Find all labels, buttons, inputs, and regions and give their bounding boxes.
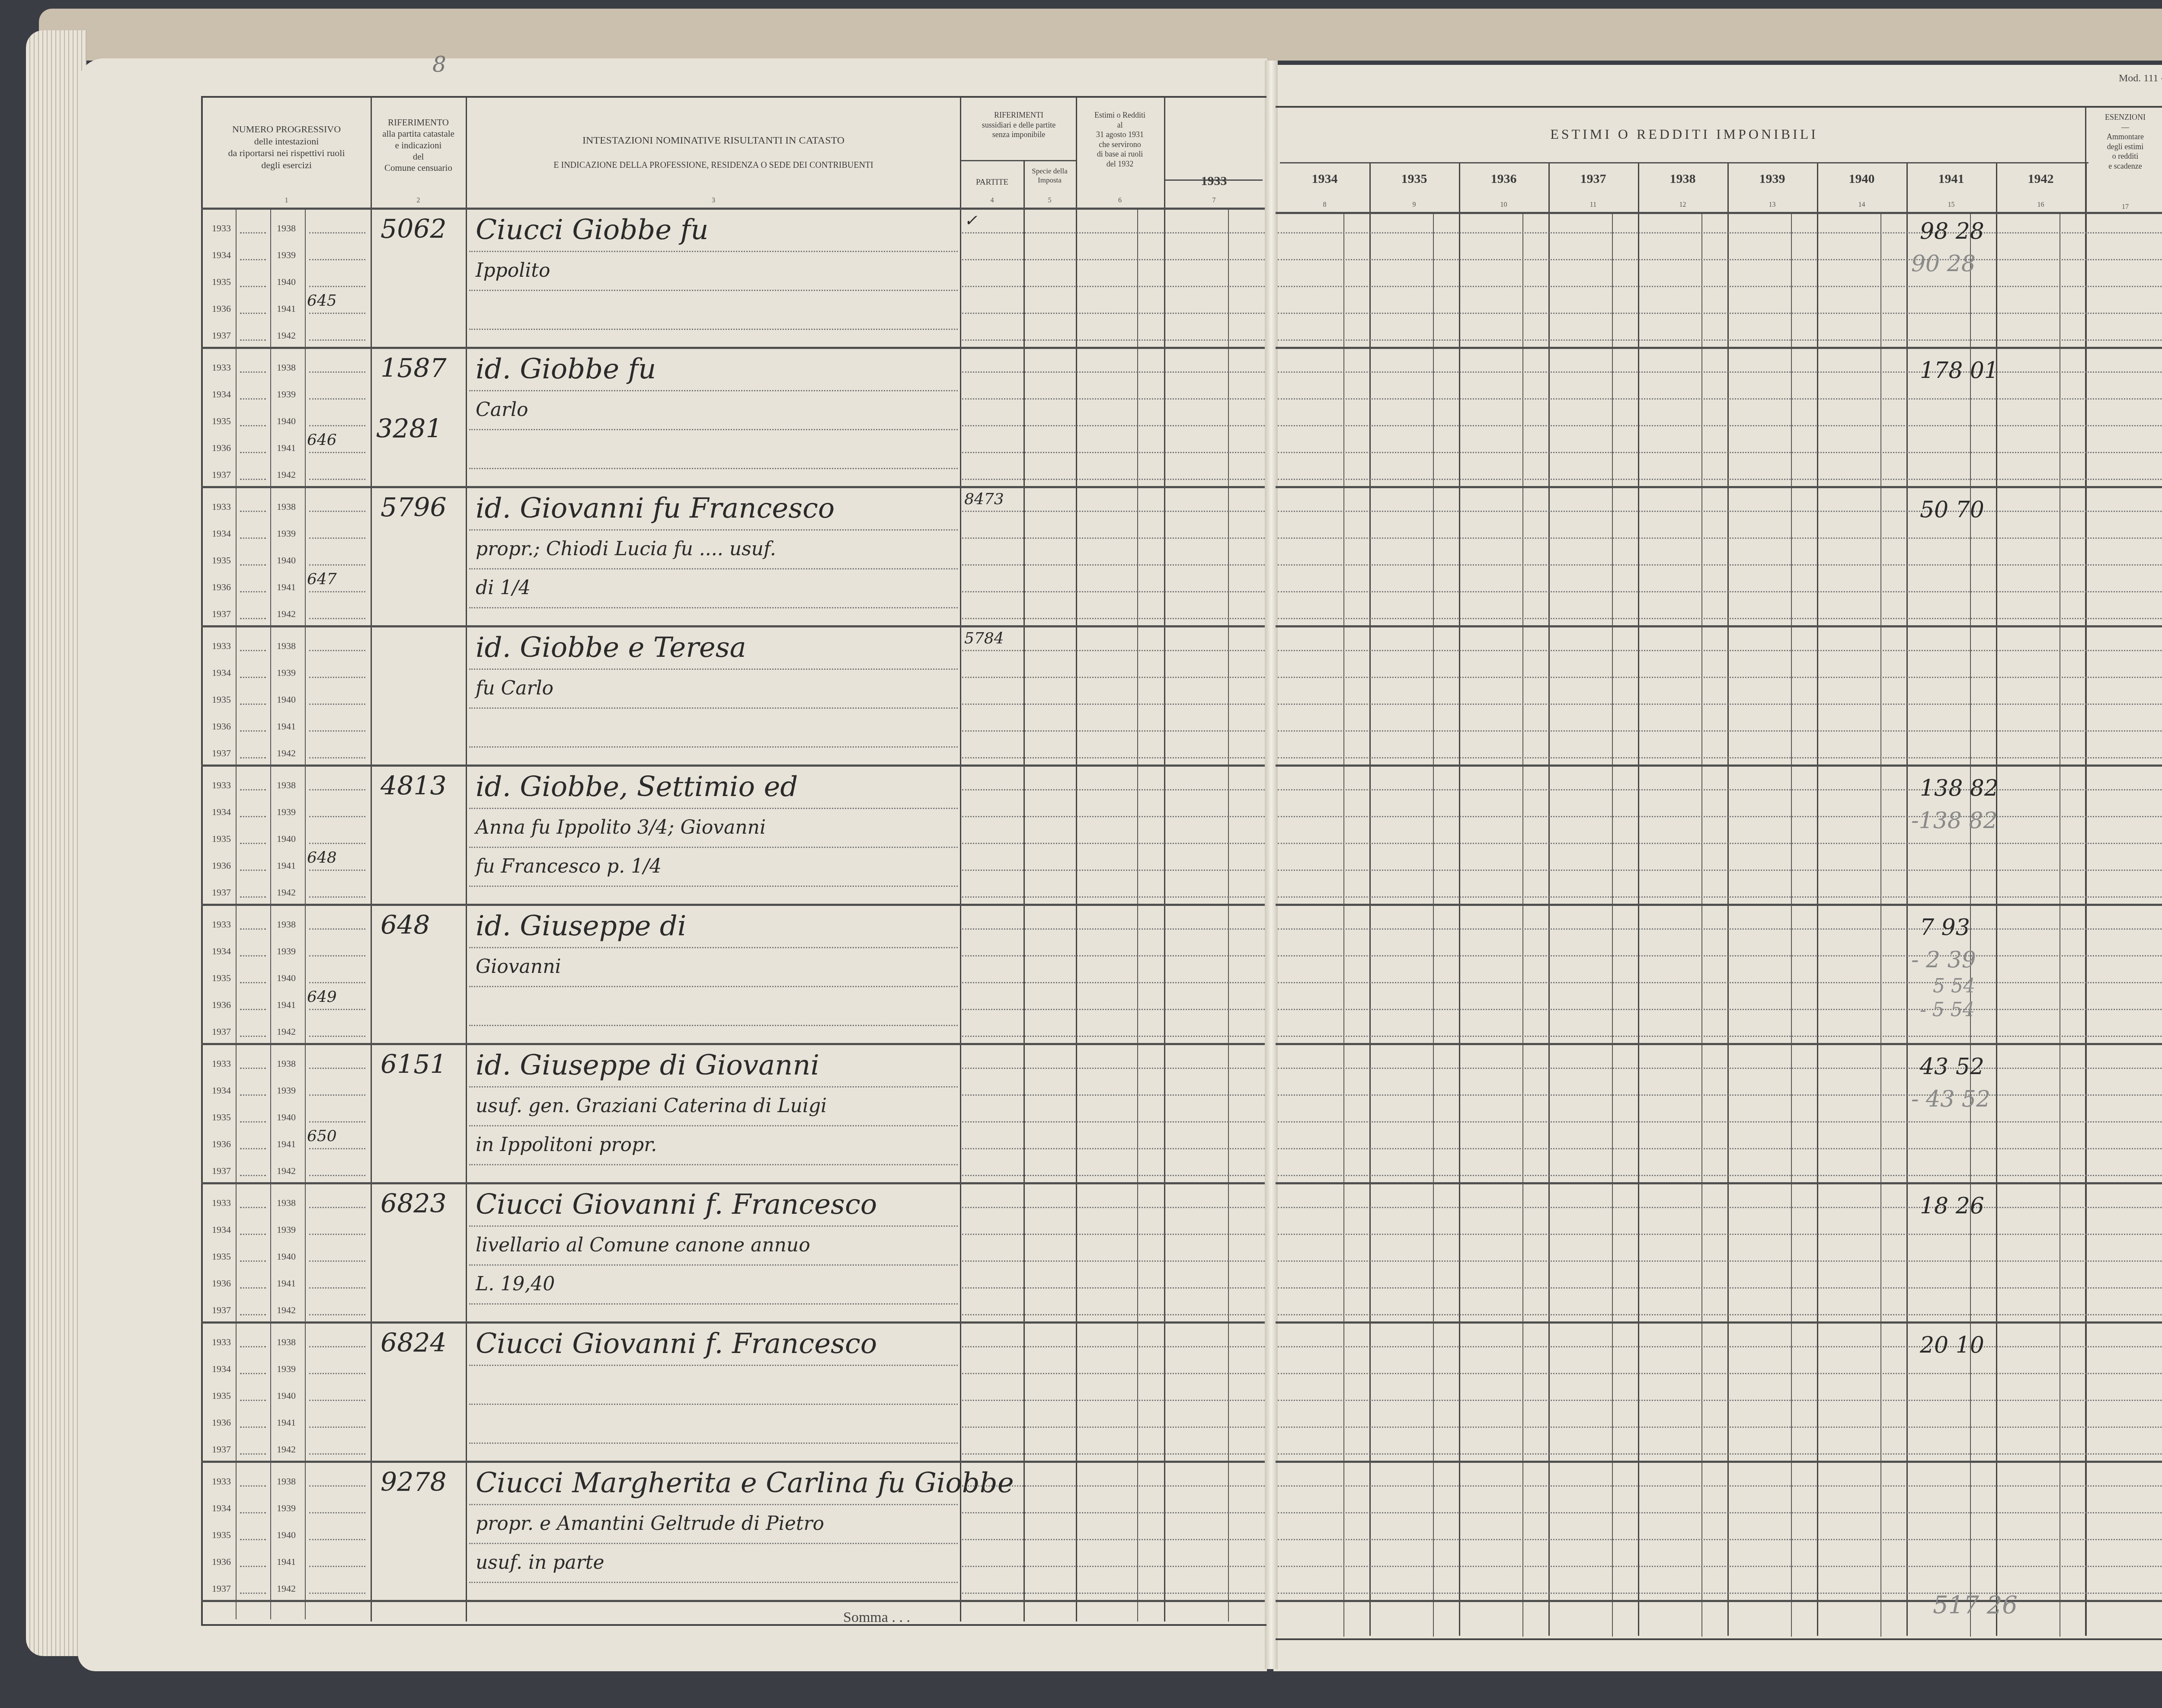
owner-name: Ciucci Giovanni f. Francesco [476,1189,877,1221]
col3-title: INTESTAZIONI NOMINATIVE RISULTANTI IN CA… [467,134,960,147]
partite-sussidiarie: 8473 [964,490,1004,508]
value-1941-correction: 90 28 [1911,251,1976,277]
partita-number: 6823 [381,1189,447,1219]
partita-number-2: 3281 [376,414,442,444]
page-mark: 8 [432,52,446,77]
owner-detail-line-2: Carlo [476,399,528,421]
owner-detail-line-2: fu Carlo [476,677,553,699]
owner-detail-line-3: fu Francesco p. 1/4 [476,855,662,877]
partita-number: 6151 [381,1049,447,1080]
col2-title: RIFERIMENTO [372,117,465,128]
owner-name: id. Giobbe fu [476,353,656,385]
value-1941: 138 82 [1920,775,1999,801]
owner-detail-line-2: Ippolito [476,259,550,281]
value-1941: 43 52 [1920,1054,1984,1080]
partite-sussidiarie: 5784 [964,630,1004,647]
year-col-1934: 1934 [1280,171,1369,187]
year-col-1939: 1939 [1727,171,1817,187]
col4-title: PARTITE [961,177,1023,188]
owner-name: id. Giobbe, Settimio ed [476,771,798,803]
year-col-1940: 1940 [1817,171,1906,187]
owner-detail-line-3: di 1/4 [476,577,531,599]
progressivo-number: 649 [307,988,337,1006]
partita-number: 9278 [381,1467,447,1497]
form-model-label: Mod. 111 - Imposte Dirette (Intercalare)… [2119,73,2162,84]
col7-year: 1933 [1165,173,1263,189]
owner-name: id. Giovanni fu Francesco [476,493,835,525]
progressivo-number: 648 [307,849,337,867]
owner-detail-line-3: L. 19,40 [476,1273,555,1295]
owner-name: id. Giuseppe di Giovanni [476,1049,819,1081]
value-1941: 20 10 [1920,1332,1984,1358]
esenzioni-title: ESENZIONI [2086,112,2162,122]
owner-name: Ciucci Giobbe fu [476,214,708,246]
somma-total: 517 26 [1933,1591,2018,1619]
value-1941: 50 70 [1920,497,1984,523]
value-1941: 7 93 [1920,915,1970,940]
somma-label: Somma . . . [843,1609,910,1626]
col5-title: Specie della Imposta [1025,166,1075,185]
year-col-1938: 1938 [1638,171,1727,187]
right-register-table [1276,106,2162,1640]
owner-name: id. Giobbe e Teresa [476,632,746,664]
partita-number: 1587 [381,353,447,384]
value-1941: 98 28 [1920,218,1984,244]
owner-name: Ciucci Margherita e Carlina fu Giobbe [476,1467,1014,1499]
year-col-1942: 1942 [1996,171,2085,187]
owner-detail-line-3: usuf. in parte [476,1551,604,1574]
estimi-group-title: ESTIMI O REDDITI IMPONIBILI [1280,125,2088,143]
progressivo-number: 650 [307,1127,337,1145]
col1-title: NUMERO PROGRESSIVO [203,123,370,135]
page-stack-left [26,30,86,1656]
owner-detail-line-2: usuf. gen. Graziani Caterina di Luigi [476,1095,827,1117]
year-col-1935: 1935 [1369,171,1459,187]
owner-name: id. Giuseppe di [476,910,686,942]
partita-number: 5796 [381,493,447,523]
progressivo-number: 647 [307,570,337,588]
partita-number: 5062 [381,214,447,244]
book-binding [39,9,2162,61]
value-1941-correction-2: 5 54 [1933,975,1975,997]
progressivo-number: 646 [307,431,337,449]
left-register-table [201,96,1266,1626]
col45-title: RIFERIMENTI [961,110,1077,120]
year-col-1937: 1937 [1548,171,1638,187]
value-1941-correction: - 43 52 [1911,1086,1990,1112]
value-1941-correction: -138 82 [1911,808,1998,834]
owner-detail-line-2: propr.; Chiodi Lucia fu .... usuf. [476,538,776,560]
value-1941-correction-3: - 5 54 [1920,999,1975,1021]
col3-subtitle: E INDICAZIONE DELLA PROFESSIONE, RESIDEN… [467,160,960,171]
owner-name: Ciucci Giovanni f. Francesco [476,1328,877,1360]
partite-sussidiarie: ✓ [964,212,977,230]
partita-number: 648 [381,910,430,940]
owner-detail-line-2: propr. e Amantini Geltrude di Pietro [476,1513,824,1535]
owner-detail-line-3: in Ippolitoni propr. [476,1134,657,1156]
owner-detail-line-2: Anna fu Ippolito 3/4; Giovanni [476,816,766,838]
progressivo-number: 645 [307,292,337,310]
owner-detail-line-2: Giovanni [476,956,561,978]
partita-number: 4813 [381,771,447,801]
value-1941: 18 26 [1920,1193,1984,1219]
year-col-1936: 1936 [1459,171,1548,187]
value-1941-correction: - 2 39 [1911,947,1976,973]
partita-number: 6824 [381,1328,447,1358]
col6-title: Estimi o Redditi [1077,110,1163,120]
owner-detail-line-2: livellario al Comune canone annuo [476,1234,810,1256]
year-col-1941: 1941 [1906,171,1996,187]
value-1941: 178 01 [1920,358,1999,384]
